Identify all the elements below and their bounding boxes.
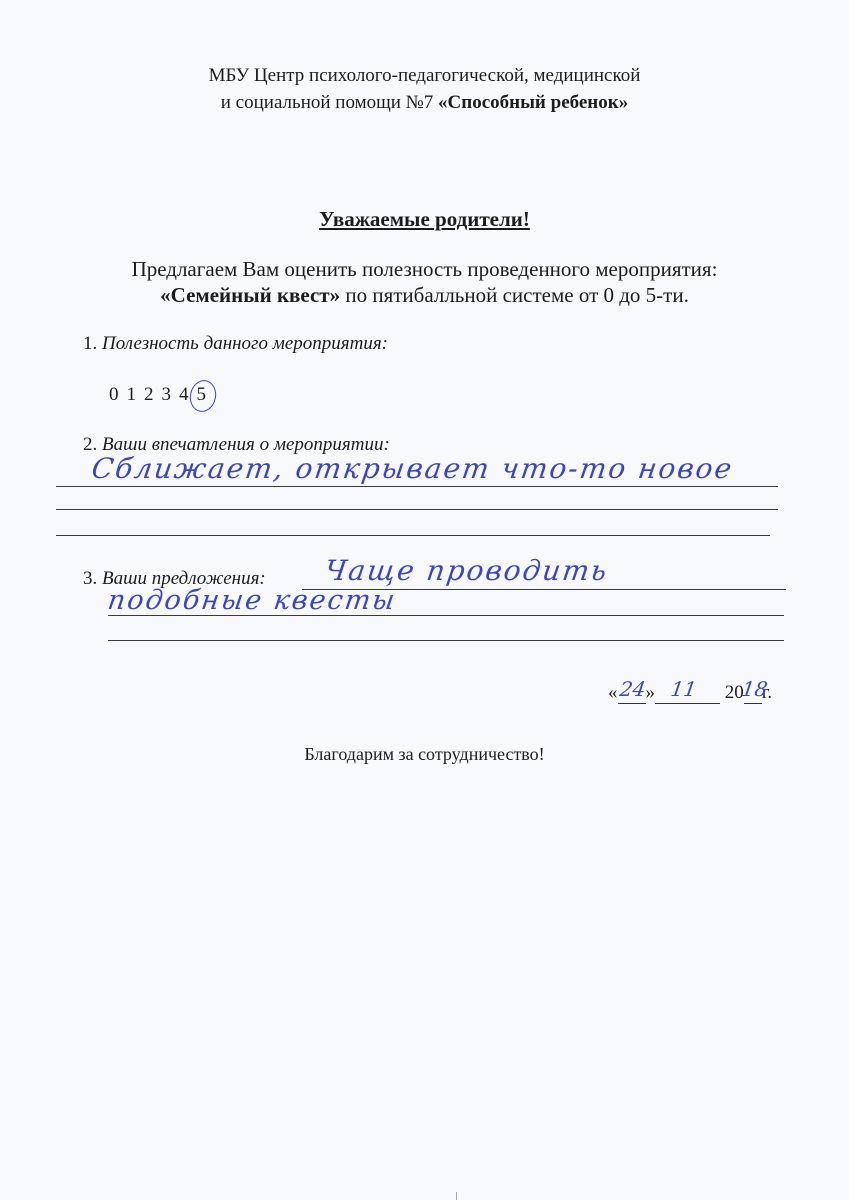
date-open-quote: « [608,682,618,703]
question-3-number: 3. [83,568,97,589]
rating-option-4[interactable]: 4 [179,384,189,406]
rating-scale[interactable]: 012345 [109,384,214,406]
question-3-answer-line1[interactable]: Чаще проводить [323,554,611,587]
rating-option-2[interactable]: 2 [144,384,154,406]
date-year-value: 18 [740,677,769,701]
question-3-answer-line2[interactable]: подобные квесты [106,585,399,616]
intro-line1: Предлагаем Вам оценить полезность провед… [0,256,849,282]
answer-line [108,640,784,641]
answer-line [56,535,770,536]
date-year-field[interactable]: 18 [744,685,762,704]
question-1-text: Полезность данного мероприятия: [102,333,388,354]
rating-option-3[interactable]: 3 [162,384,172,406]
date-month-field[interactable]: 11 [655,685,720,704]
date-field: «24»11 2018г. [608,682,808,704]
org-name-bold: «Способный ребенок» [438,92,628,113]
intro-line2-rest: по пятибалльной системе от 0 до 5-ти. [340,283,689,307]
survey-form: МБУ Центр психолого-педагогической, меди… [0,0,849,1200]
thanks-note: Благодарим за сотрудничество! [0,744,849,765]
answer-line [108,615,784,616]
question-1-label: 1. Полезность данного мероприятия: [83,333,388,355]
intro-line2: «Семейный квест» по пятибалльной системе… [0,282,849,308]
org-name-line2-prefix: и социальной помощи №7 [221,92,438,113]
date-month-value: 11 [669,677,698,701]
rating-option-1[interactable]: 1 [127,384,137,406]
org-name-line2: и социальной помощи №7 «Способный ребено… [0,91,849,114]
answer-line [56,509,778,510]
question-1-number: 1. [83,333,97,354]
date-day-field[interactable]: 24 [618,685,646,704]
date-close-quote: » [646,682,656,703]
selection-circle-icon [186,378,218,415]
event-name: «Семейный квест» [160,283,340,307]
date-day-value: 24 [618,677,647,701]
rating-option-5-selected[interactable]: 5 [197,384,207,406]
greeting-heading: Уважаемые родители! [0,207,849,232]
rating-option-0[interactable]: 0 [109,384,119,406]
org-name-line1: МБУ Центр психолого-педагогической, меди… [0,64,849,87]
answer-line [56,486,778,487]
scan-mark [456,1192,457,1200]
question-2-answer[interactable]: Сближает, открывает что-то новое [90,452,736,485]
